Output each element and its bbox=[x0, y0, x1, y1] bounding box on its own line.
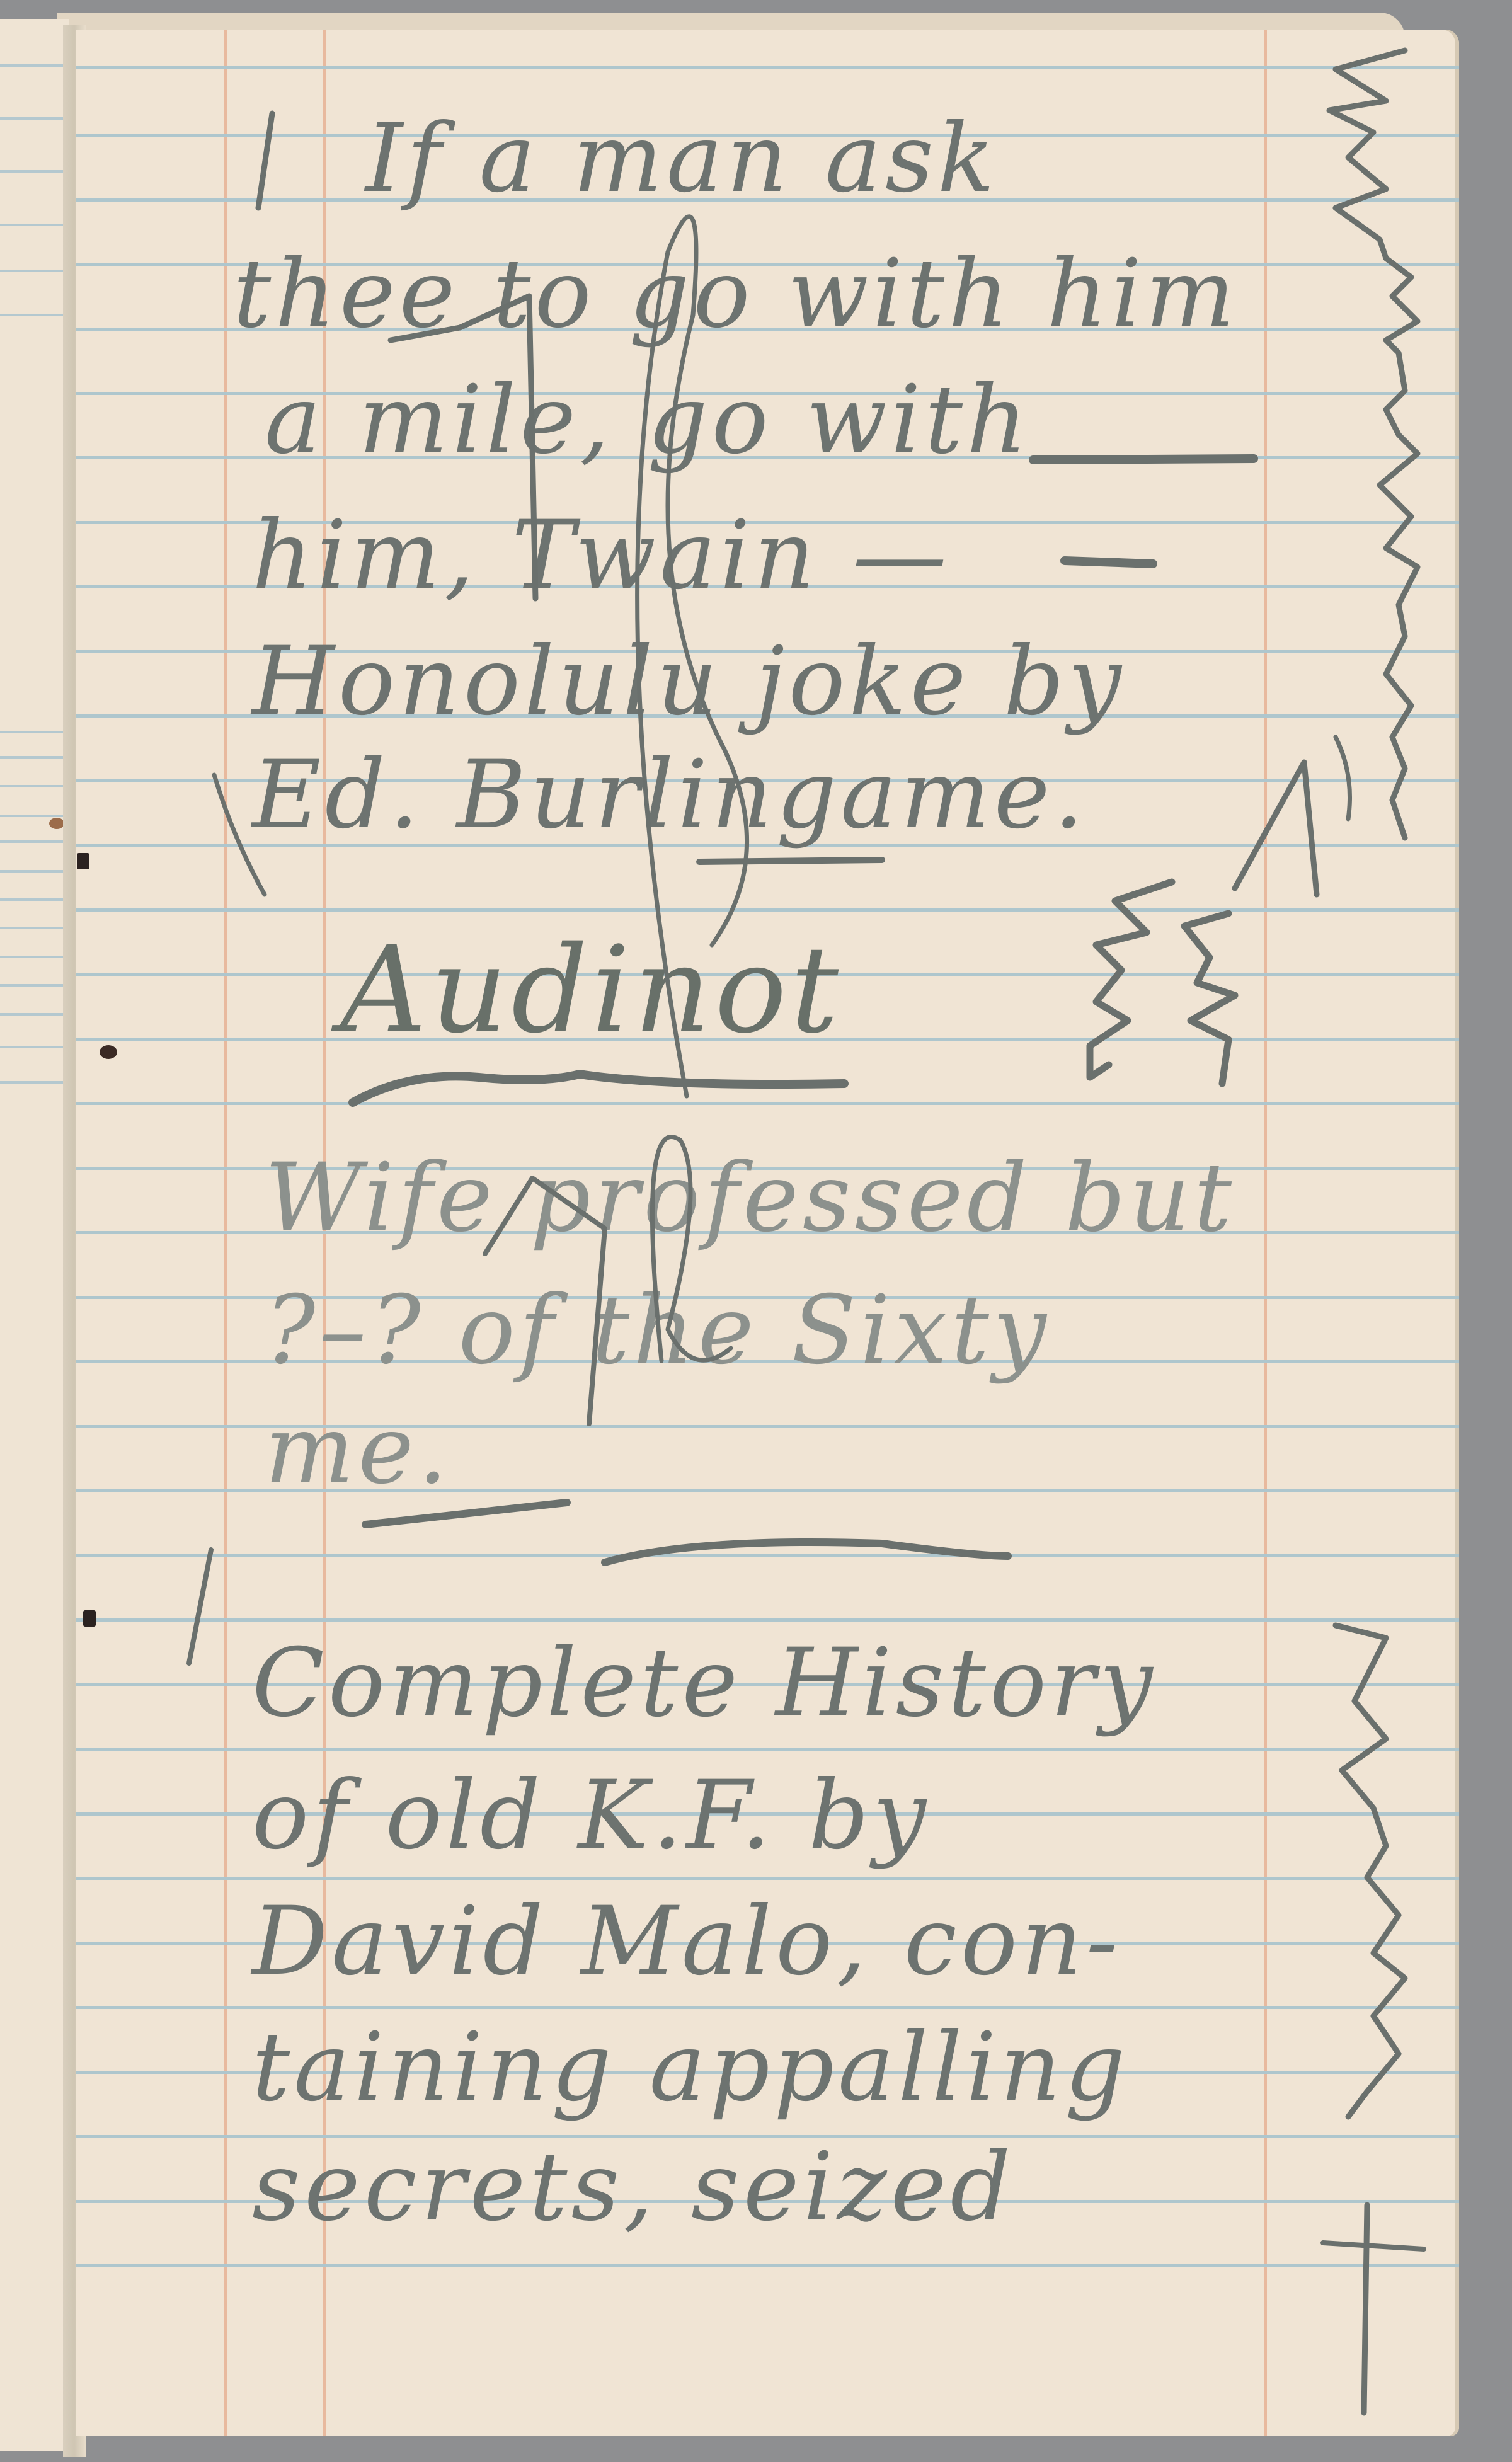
ruled-line bbox=[76, 2006, 1459, 2009]
ruled-line bbox=[76, 66, 1459, 69]
binding-hole bbox=[83, 1610, 96, 1627]
ruled-line bbox=[0, 898, 69, 901]
ruled-line bbox=[0, 984, 69, 987]
entry-3-line-1: Complete History bbox=[252, 1636, 1157, 1731]
entry-2-line-2: ?–? of the Sixty bbox=[265, 1283, 1050, 1378]
ruled-line bbox=[0, 927, 69, 929]
ruled-line bbox=[0, 731, 69, 733]
entry-1-line-1: If a man ask bbox=[365, 112, 999, 206]
ruled-line bbox=[76, 1877, 1459, 1880]
entry-3-line-4: taining appalling bbox=[252, 2020, 1129, 2115]
entry-1-line-3: a mile, go with bbox=[265, 373, 1031, 467]
ruled-line bbox=[0, 64, 69, 67]
ruled-line bbox=[0, 756, 69, 759]
ruled-line bbox=[0, 1013, 69, 1016]
entry-2-heading: Audinot bbox=[340, 930, 842, 1050]
previous-page-edge bbox=[0, 19, 69, 2451]
ruled-line bbox=[0, 785, 69, 787]
stain bbox=[49, 818, 64, 829]
ruled-line bbox=[0, 224, 69, 226]
ruled-line bbox=[0, 815, 69, 817]
entry-1-line-6: Ed. Burlingame. bbox=[252, 748, 1087, 842]
entry-1-line-2: thee to go with him bbox=[233, 247, 1239, 341]
binding-hole bbox=[77, 853, 89, 869]
ruled-line bbox=[0, 840, 69, 843]
ruled-line bbox=[0, 956, 69, 958]
ruled-line bbox=[0, 1046, 69, 1048]
entry-3-line-2: of old K.F. by bbox=[252, 1768, 930, 1863]
ruled-line bbox=[76, 1554, 1459, 1557]
entry-2-line-1: Wife professed but bbox=[265, 1151, 1235, 1245]
ruled-line bbox=[76, 2264, 1459, 2267]
entry-3-line-5: secrets, seized bbox=[252, 2140, 1014, 2235]
stain bbox=[100, 1045, 117, 1059]
ruled-line bbox=[0, 170, 69, 173]
entry-2-line-3: me. bbox=[265, 1403, 452, 1497]
ruled-line bbox=[76, 1102, 1459, 1105]
entry-1-line-5: Honolulu joke by bbox=[252, 634, 1125, 729]
entry-3-line-3: David Malo, con- bbox=[252, 1894, 1121, 1989]
ruled-line bbox=[0, 117, 69, 120]
ruled-line bbox=[76, 1618, 1459, 1622]
ruled-line bbox=[76, 908, 1459, 912]
ruled-line bbox=[0, 1081, 69, 1084]
ruled-line bbox=[0, 270, 69, 272]
notebook-page: If a man ask thee to go with him a mile,… bbox=[76, 30, 1459, 2436]
ruled-line bbox=[0, 314, 69, 316]
entry-1-line-4: him, Twain — bbox=[252, 508, 951, 603]
ruled-line bbox=[0, 870, 69, 873]
ruled-line bbox=[76, 1748, 1459, 1751]
